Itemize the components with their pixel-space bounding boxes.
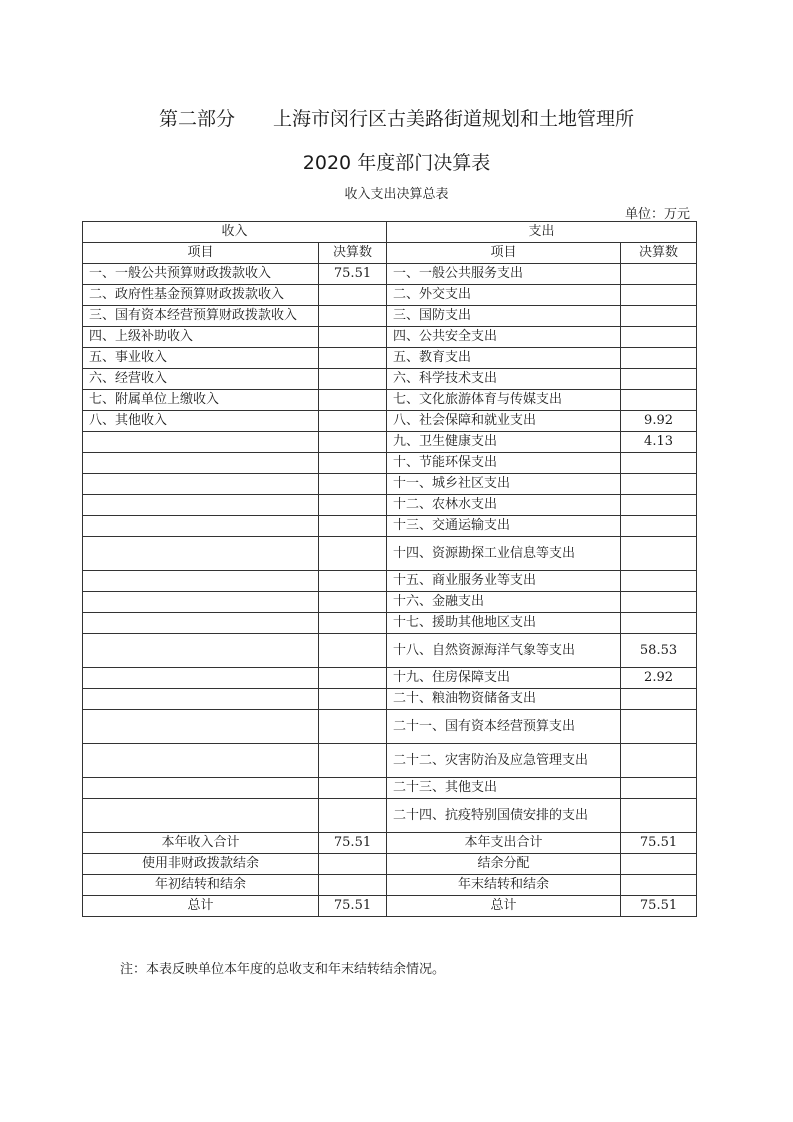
income-item-cell [83,613,319,634]
income-amount-cell [319,875,387,896]
table-row: 八、其他收入八、社会保障和就业支出9.92 [83,411,697,432]
expense-amount-cell [621,744,697,778]
income-col-item: 项目 [83,243,319,264]
income-item-cell: 二、政府性基金预算财政拨款收入 [83,285,319,306]
income-item-cell [83,634,319,668]
expense-amount-cell: 9.92 [621,411,697,432]
page-title: 第二部分 上海市闵行区古美路街道规划和土地管理所 [0,104,793,131]
expense-amount-cell: 58.53 [621,634,697,668]
income-item-cell [83,744,319,778]
summary-row: 总计75.51总计75.51 [83,896,697,917]
expense-amount-cell [621,571,697,592]
income-item-cell: 六、经营收入 [83,369,319,390]
expense-item-cell: 八、社会保障和就业支出 [387,411,621,432]
expense-item-cell: 十三、交通运输支出 [387,516,621,537]
income-item-cell [83,799,319,833]
table-row: 四、上级补助收入四、公共安全支出 [83,327,697,348]
expense-amount-cell [621,854,697,875]
expense-amount-cell [621,875,697,896]
expense-amount-cell [621,306,697,327]
table-row: 十四、资源勘探工业信息等支出 [83,537,697,571]
table-row: 十九、住房保障支出2.92 [83,668,697,689]
expense-item-cell: 十八、自然资源海洋气象等支出 [387,634,621,668]
expense-amount-cell [621,516,697,537]
expense-item-cell: 九、卫生健康支出 [387,432,621,453]
income-amount-cell: 75.51 [319,833,387,854]
income-col-amount: 决算数 [319,243,387,264]
income-amount-cell [319,668,387,689]
income-item-cell: 四、上级补助收入 [83,327,319,348]
income-item-cell: 七、附属单位上缴收入 [83,390,319,411]
income-amount-cell [319,453,387,474]
expense-item-cell: 十七、援助其他地区支出 [387,613,621,634]
table-row: 三、国有资本经营预算财政拨款收入三、国防支出 [83,306,697,327]
income-item-cell [83,689,319,710]
table-row: 二十四、抗疫特别国债安排的支出 [83,799,697,833]
expense-header: 支出 [387,222,697,243]
table-row: 十二、农林水支出 [83,495,697,516]
income-amount-cell [319,854,387,875]
summary-row: 年初结转和结余年末结转和结余 [83,875,697,896]
income-amount-cell [319,411,387,432]
table-row: 十一、城乡社区支出 [83,474,697,495]
table-row: 二、政府性基金预算财政拨款收入二、外交支出 [83,285,697,306]
expense-amount-cell [621,710,697,744]
expense-amount-cell [621,390,697,411]
expense-amount-cell [621,453,697,474]
income-amount-cell [319,495,387,516]
income-amount-cell [319,689,387,710]
expense-item-cell: 三、国防支出 [387,306,621,327]
income-amount-cell [319,710,387,744]
income-amount-cell [319,369,387,390]
expense-item-cell: 十六、金融支出 [387,592,621,613]
expense-amount-cell [621,689,697,710]
expense-amount-cell: 75.51 [621,833,697,854]
table-row: 五、事业收入五、教育支出 [83,348,697,369]
expense-amount-cell [621,327,697,348]
expense-item-cell: 十四、资源勘探工业信息等支出 [387,537,621,571]
income-item-cell [83,474,319,495]
income-item-cell: 一、一般公共预算财政拨款收入 [83,264,319,285]
table-row: 七、附属单位上缴收入七、文化旅游体育与传媒支出 [83,390,697,411]
income-amount-cell [319,613,387,634]
income-amount-cell [319,432,387,453]
expense-item-cell: 二十三、其他支出 [387,778,621,799]
income-item-cell [83,571,319,592]
income-item-cell: 使用非财政拨款结余 [83,854,319,875]
expense-item-cell: 五、教育支出 [387,348,621,369]
table-row: 二十三、其他支出 [83,778,697,799]
table-row: 六、经营收入六、科学技术支出 [83,369,697,390]
table-row: 一、一般公共预算财政拨款收入75.51一、一般公共服务支出 [83,264,697,285]
expense-item-cell: 十一、城乡社区支出 [387,474,621,495]
expense-amount-cell: 75.51 [621,896,697,917]
expense-amount-cell [621,537,697,571]
expense-item-cell: 二十、粮油物资储备支出 [387,689,621,710]
table-body: 一、一般公共预算财政拨款收入75.51一、一般公共服务支出二、政府性基金预算财政… [83,264,697,833]
expense-col-item: 项目 [387,243,621,264]
expense-amount-cell [621,495,697,516]
expense-item-cell: 十五、商业服务业等支出 [387,571,621,592]
income-item-cell [83,537,319,571]
income-amount-cell [319,778,387,799]
expense-amount-cell: 2.92 [621,668,697,689]
summary-row: 本年收入合计75.51本年支出合计75.51 [83,833,697,854]
expense-item-cell: 结余分配 [387,854,621,875]
income-expense-table: 收入 支出 项目 决算数 项目 决算数 一、一般公共预算财政拨款收入75.51一… [82,221,697,917]
expense-item-cell: 二十四、抗疫特别国债安排的支出 [387,799,621,833]
income-amount-cell [319,537,387,571]
expense-amount-cell [621,474,697,495]
income-item-cell: 总计 [83,896,319,917]
income-amount-cell [319,306,387,327]
table-row: 十六、金融支出 [83,592,697,613]
income-item-cell [83,495,319,516]
expense-item-cell: 一、一般公共服务支出 [387,264,621,285]
income-amount-cell [319,592,387,613]
table-row: 二十二、灾害防治及应急管理支出 [83,744,697,778]
expense-amount-cell [621,778,697,799]
expense-amount-cell [621,592,697,613]
expense-item-cell: 二、外交支出 [387,285,621,306]
expense-amount-cell [621,613,697,634]
expense-amount-cell [621,348,697,369]
expense-item-cell: 十二、农林水支出 [387,495,621,516]
table-row: 十七、援助其他地区支出 [83,613,697,634]
table-title: 收入支出决算总表 [0,183,793,202]
expense-amount-cell [621,264,697,285]
income-item-cell [83,710,319,744]
income-amount-cell [319,634,387,668]
expense-item-cell: 四、公共安全支出 [387,327,621,348]
expense-item-cell: 六、科学技术支出 [387,369,621,390]
table-row: 二十一、国有资本经营预算支出 [83,710,697,744]
income-item-cell [83,668,319,689]
table-row: 九、卫生健康支出4.13 [83,432,697,453]
income-amount-cell [319,474,387,495]
income-amount-cell [319,390,387,411]
income-item-cell [83,516,319,537]
table-row: 十三、交通运输支出 [83,516,697,537]
expense-item-cell: 十、节能环保支出 [387,453,621,474]
income-amount-cell: 75.51 [319,896,387,917]
expense-amount-cell [621,369,697,390]
income-item-cell: 八、其他收入 [83,411,319,432]
unit-label: 单位：万元 [580,203,690,222]
income-item-cell [83,778,319,799]
expense-item-cell: 本年支出合计 [387,833,621,854]
income-item-cell [83,453,319,474]
income-amount-cell [319,744,387,778]
income-amount-cell [319,285,387,306]
income-item-cell: 本年收入合计 [83,833,319,854]
income-amount-cell [319,571,387,592]
income-amount-cell [319,327,387,348]
expense-item-cell: 二十一、国有资本经营预算支出 [387,710,621,744]
expense-item-cell: 七、文化旅游体育与传媒支出 [387,390,621,411]
table-row: 十、节能环保支出 [83,453,697,474]
income-amount-cell [319,348,387,369]
table-summary: 本年收入合计75.51本年支出合计75.51使用非财政拨款结余结余分配年初结转和… [83,833,697,917]
income-amount-cell: 75.51 [319,264,387,285]
page-subtitle-year: 2020 年度部门决算表 [0,148,793,175]
income-item-cell [83,432,319,453]
table-row: 十五、商业服务业等支出 [83,571,697,592]
expense-amount-cell [621,799,697,833]
expense-col-amount: 决算数 [621,243,697,264]
expense-item-cell: 二十二、灾害防治及应急管理支出 [387,744,621,778]
table-row: 十八、自然资源海洋气象等支出58.53 [83,634,697,668]
footnote: 注：本表反映单位本年度的总收支和年末结转结余情况。 [120,958,445,977]
expense-item-cell: 十九、住房保障支出 [387,668,621,689]
expense-item-cell: 年末结转和结余 [387,875,621,896]
income-header: 收入 [83,222,387,243]
expense-amount-cell [621,285,697,306]
income-item-cell: 年初结转和结余 [83,875,319,896]
income-item-cell [83,592,319,613]
summary-row: 使用非财政拨款结余结余分配 [83,854,697,875]
income-item-cell: 五、事业收入 [83,348,319,369]
expense-amount-cell: 4.13 [621,432,697,453]
income-amount-cell [319,516,387,537]
income-amount-cell [319,799,387,833]
income-item-cell: 三、国有资本经营预算财政拨款收入 [83,306,319,327]
table-row: 二十、粮油物资储备支出 [83,689,697,710]
expense-item-cell: 总计 [387,896,621,917]
